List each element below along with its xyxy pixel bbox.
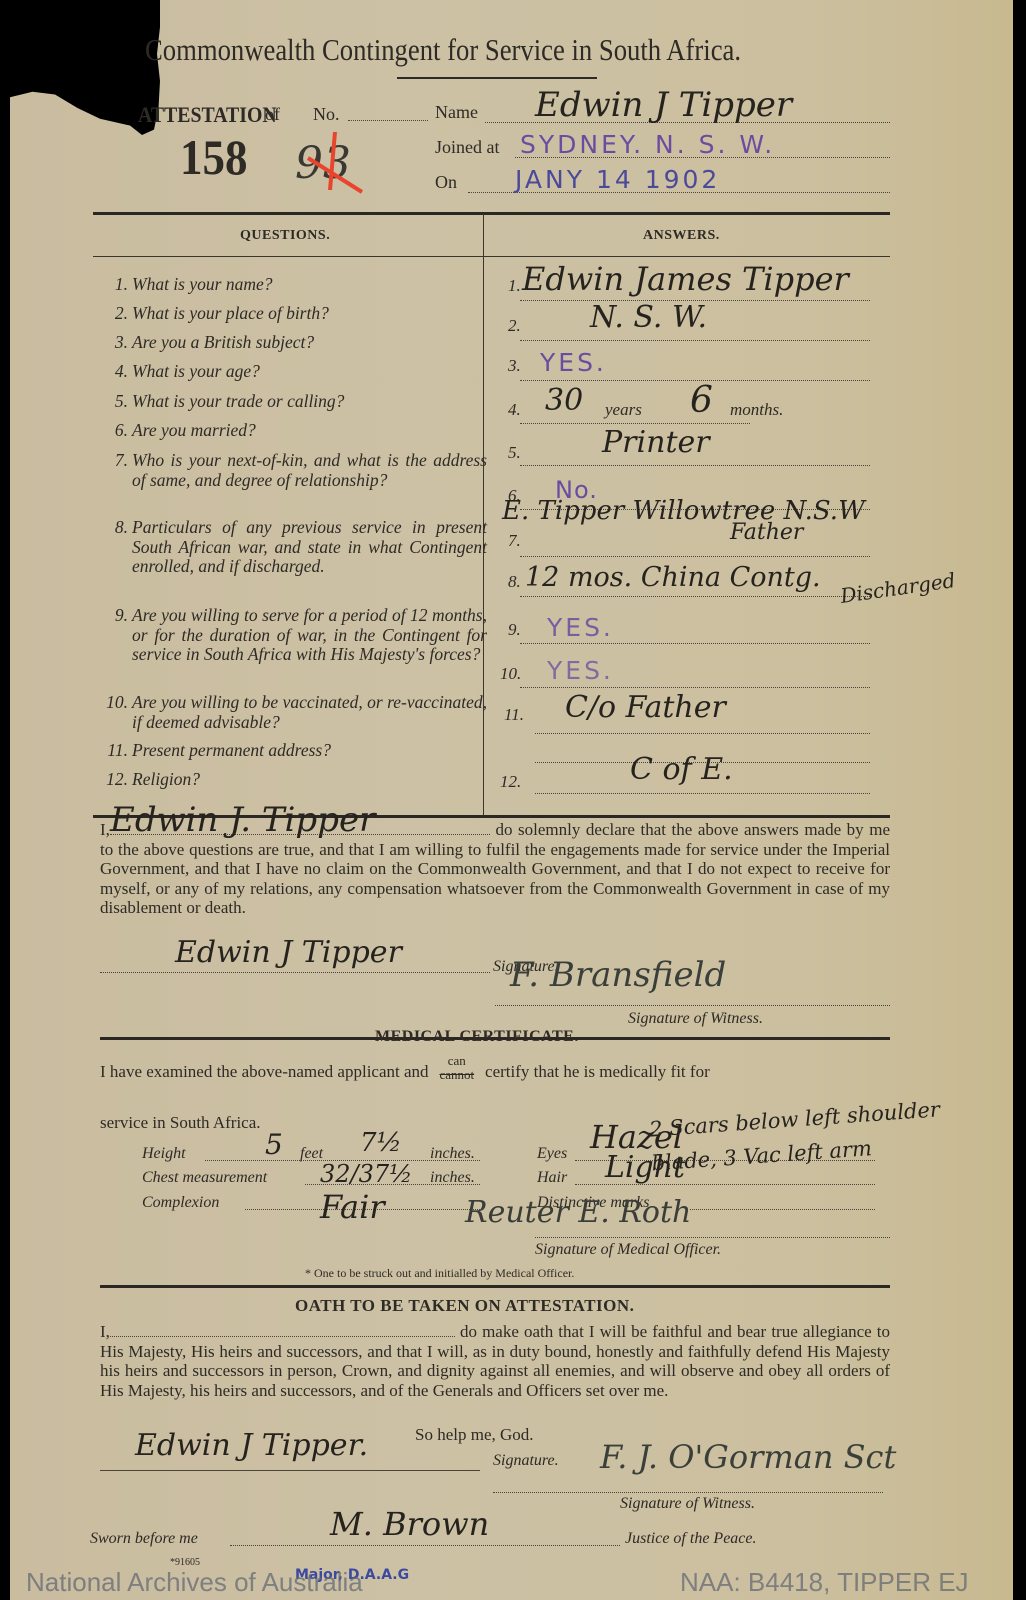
answer-line-12 [535, 793, 870, 794]
witness-label: Signature of Witness. [628, 1010, 763, 1028]
complexion-value: Fair [320, 1188, 385, 1226]
answer-7-relationship: Father [730, 520, 803, 545]
oath-applicant-signature: Edwin J Tipper. [135, 1428, 368, 1463]
answer-number-1: 1. [508, 276, 521, 296]
watermark-reference: NAA: B4418, TIPPER EJ [680, 1567, 969, 1598]
answer-number-8: 8. [508, 572, 521, 592]
answer-7: E. Tipper Willowtree N.S.W [502, 496, 865, 526]
answer-5: Printer [602, 425, 710, 460]
name-value: Edwin J Tipper [535, 85, 792, 125]
oath-text: I, do make oath that I will be faithful … [100, 1322, 890, 1400]
answer-number-7: 7. [508, 531, 521, 551]
hair-label: Hair [537, 1169, 567, 1187]
answer-10: YES. [547, 656, 614, 685]
answer-number-12: 12. [500, 772, 521, 792]
eyes-label: Eyes [537, 1145, 567, 1163]
medical-title: MEDICAL CERTIFICATE. [375, 1028, 579, 1046]
marks-line [690, 1209, 875, 1210]
answer-12: C of E. [630, 752, 733, 787]
question-11: 11.Present permanent address? [132, 741, 487, 761]
witness-signature: F. Bransfield [510, 955, 726, 995]
red-strike-icon [300, 130, 370, 200]
answer-3: YES. [540, 348, 607, 377]
question-5: 5.What is your trade or calling? [132, 392, 487, 412]
answer-line-11 [535, 733, 870, 734]
medical-officer-label: Signature of Medical Officer. [535, 1241, 721, 1259]
no-line [348, 120, 428, 121]
so-help-me-god: So help me, God. [415, 1425, 534, 1445]
rule-top [93, 212, 890, 215]
title-underline [397, 77, 597, 79]
question-7: 7.Who is your next-of-kin, and what is t… [132, 451, 487, 490]
answer-number-11: 11. [504, 705, 524, 725]
answer-number-9: 9. [508, 620, 521, 640]
medical-statement-line2: service in South Africa. [100, 1113, 261, 1133]
chest-label: Chest measurement [142, 1169, 267, 1187]
joined-label: Joined at [435, 137, 500, 158]
answer-4-months: 6 [690, 380, 713, 421]
jp-label: Justice of the Peace. [625, 1530, 757, 1548]
answer-4-years: 30 [545, 383, 583, 418]
watermark-archive: National Archives of Australia [26, 1567, 363, 1598]
oath-witness-line [493, 1492, 883, 1493]
question-4: 4.What is your age? [132, 362, 487, 382]
joined-value: SYDNEY. N. S. W. [520, 130, 775, 159]
oath-signature-line [100, 1470, 480, 1471]
medical-officer-line [535, 1237, 890, 1238]
rule-header [93, 256, 890, 257]
questions-header: QUESTIONS. [240, 228, 330, 244]
question-8: 8.Particulars of any previous service in… [132, 518, 487, 577]
years-label: years [605, 400, 642, 420]
attestation-number: 158 [180, 128, 248, 186]
sworn-before-label: Sworn before me [90, 1530, 198, 1548]
answer-line-10 [520, 687, 870, 688]
inches-label: inches. [430, 1145, 475, 1163]
answer-line-5 [520, 465, 870, 466]
date-value: JANY 14 1902 [515, 165, 720, 194]
declaration-name: Edwin J. Tipper [110, 800, 375, 840]
attestation-label: ATTESTATION [138, 102, 277, 128]
witness-line [495, 1005, 890, 1006]
oath-title: OATH TO BE TAKEN ON ATTESTATION. [295, 1296, 634, 1316]
answer-2: N. S. W. [590, 300, 707, 335]
answer-8-discharged: Discharged [839, 568, 957, 608]
answer-line-7 [520, 556, 870, 557]
answer-number-3: 3. [508, 356, 521, 376]
oath-witness-label: Signature of Witness. [620, 1495, 755, 1513]
chest-value: 32/37½ [320, 1160, 412, 1188]
height-feet: 5 [265, 1128, 283, 1161]
of-label: of [265, 104, 280, 125]
no-label: No. [313, 104, 340, 125]
oath-witness-signature: F. J. O'Gorman Sct [600, 1438, 896, 1476]
oath-signature-label: Signature. [493, 1452, 559, 1470]
question-6: 6.Are you married? [132, 421, 487, 441]
medical-officer-signature: Reuter E. Roth [465, 1195, 691, 1230]
attestation-document: Commonwealth Contingent for Service in S… [10, 0, 1013, 1600]
answers-header: ANSWERS. [643, 228, 720, 244]
answer-line-4 [520, 423, 750, 424]
name-label: Name [435, 102, 478, 123]
question-3: 3.Are you a British subject? [132, 333, 487, 353]
months-label: months. [730, 400, 783, 420]
answer-line-8 [520, 596, 870, 597]
answer-line-2 [520, 340, 870, 341]
answer-number-4: 4. [508, 400, 521, 420]
document-title: Commonwealth Contingent for Service in S… [145, 32, 741, 68]
applicant-signature: Edwin J Tipper [175, 935, 402, 970]
answer-11: C/o Father [565, 690, 726, 725]
complexion-label: Complexion [142, 1194, 219, 1212]
chest-inches-label: inches. [430, 1169, 475, 1187]
marks-value: 2 Scars below left shoulder blade, 3 Vac… [648, 1088, 1012, 1181]
question-10: 10.Are you willing to be vaccinated, or … [132, 693, 487, 732]
answer-number-5: 5. [508, 443, 521, 463]
answer-1: Edwin James Tipper [522, 260, 849, 298]
jp-signature: M. Brown [330, 1505, 489, 1543]
height-inches: 7½ [360, 1128, 402, 1158]
question-9: 9.Are you willing to serve for a period … [132, 606, 487, 665]
question-1: 1.What is your name? [132, 275, 487, 295]
answer-line-9 [520, 643, 870, 644]
on-label: On [435, 172, 457, 193]
declaration-signature-line [100, 972, 490, 973]
sworn-line [230, 1545, 620, 1546]
answer-number-10: 10. [500, 664, 521, 684]
answer-number-2: 2. [508, 316, 521, 336]
rule-oath [100, 1285, 890, 1288]
answer-8: 12 mos. China Contg. [525, 562, 821, 593]
height-label: Height [142, 1145, 186, 1163]
question-2: 2.What is your place of birth? [132, 304, 487, 324]
question-12: 12.Religion? [132, 770, 487, 790]
answer-9: YES. [547, 613, 614, 642]
medical-footnote: * One to be struck out and initialled by… [305, 1266, 574, 1281]
medical-statement: I have examined the above-named applican… [100, 1062, 710, 1090]
